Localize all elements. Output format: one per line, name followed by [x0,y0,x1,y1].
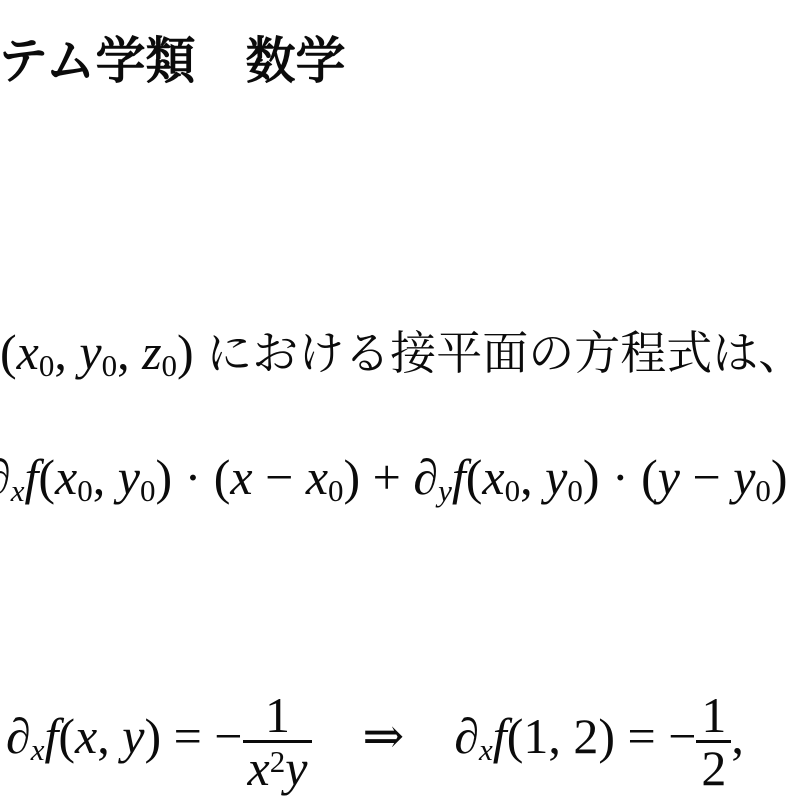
math-token: x [17,324,39,380]
math-token: ∂ [0,449,11,505]
math-token: 0 [140,473,156,508]
math-token: ( [58,708,75,764]
math-token: における接平面の方程式は、 [206,328,800,379]
tangent-plane-equation-line: ∂xf(x0, y0) · (x − x0) + ∂yf(x0, y0) · (… [0,452,788,506]
math-token: 0 [102,348,118,383]
math-token: x [31,732,45,767]
math-token: ) [177,324,206,380]
math-token: x [248,740,270,796]
math-token: ) · ( [155,449,230,505]
math-token: − [680,449,733,505]
math-token: ) = − [144,708,242,764]
math-token: ) · ( [583,449,658,505]
math-token: y [118,449,140,505]
fraction: 1x2y [243,690,313,793]
tangent-point-intro-line: (x0, y0, z0) における接平面の方程式は、 [0,327,800,381]
math-token: y [545,449,567,505]
math-token: x [479,732,493,767]
math-token: y [438,473,452,508]
math-token: , [731,708,744,764]
math-token: y [733,449,755,505]
math-token: ∂ [454,708,479,764]
math-token: y [285,740,307,796]
math-token: ∂ [6,708,31,764]
document-page: テム学類 数学 (x0, y0, z0) における接平面の方程式は、 ∂xf(x… [0,0,800,800]
math-token: 2 [701,740,726,796]
math-token: , [93,449,118,505]
math-token: ( [0,324,17,380]
math-token: − [253,449,306,505]
math-token: 2 [270,744,286,779]
math-token: 0 [39,348,55,383]
math-token: , [117,324,142,380]
math-token: x [482,449,504,505]
partial-derivative-result-line: ∂xf(x, y) = −1x2y⇒∂xf(1, 2) = −12, [6,690,744,793]
math-token: , [97,708,122,764]
math-token: 0 [328,473,344,508]
math-token: f [452,449,466,505]
math-token: 0 [77,473,93,508]
fraction-denominator: x2y [243,740,313,793]
fraction-numerator: 1 [696,690,731,740]
math-token: ) [771,449,788,505]
math-token: 0 [567,473,583,508]
math-token: x [306,449,328,505]
math-token: , [54,324,79,380]
fraction-denominator: 2 [696,740,731,793]
course-title: テム学類 数学 [0,36,346,86]
implies-arrow: ⇒ [362,708,404,764]
math-token: x [230,449,252,505]
math-token: 0 [162,348,178,383]
math-token: (1, 2) = − [507,708,697,764]
math-token: ) + [344,449,414,505]
fraction: 12 [696,690,731,793]
math-token: x [75,708,97,764]
math-token: 0 [505,473,521,508]
math-token: y [658,449,680,505]
math-token: 0 [755,473,771,508]
math-token: y [122,708,144,764]
math-token: 1 [265,687,290,743]
math-token: f [24,449,38,505]
math-token: ( [466,449,483,505]
math-token: ∂ [413,449,438,505]
math-token: , [520,449,545,505]
math-token: f [493,708,507,764]
fraction-numerator: 1 [243,690,313,740]
math-token: f [44,708,58,764]
math-token: 1 [701,687,726,743]
math-token: y [79,324,101,380]
math-token: z [142,324,161,380]
math-token: x [11,473,25,508]
math-token: ( [38,449,55,505]
math-token: x [55,449,77,505]
